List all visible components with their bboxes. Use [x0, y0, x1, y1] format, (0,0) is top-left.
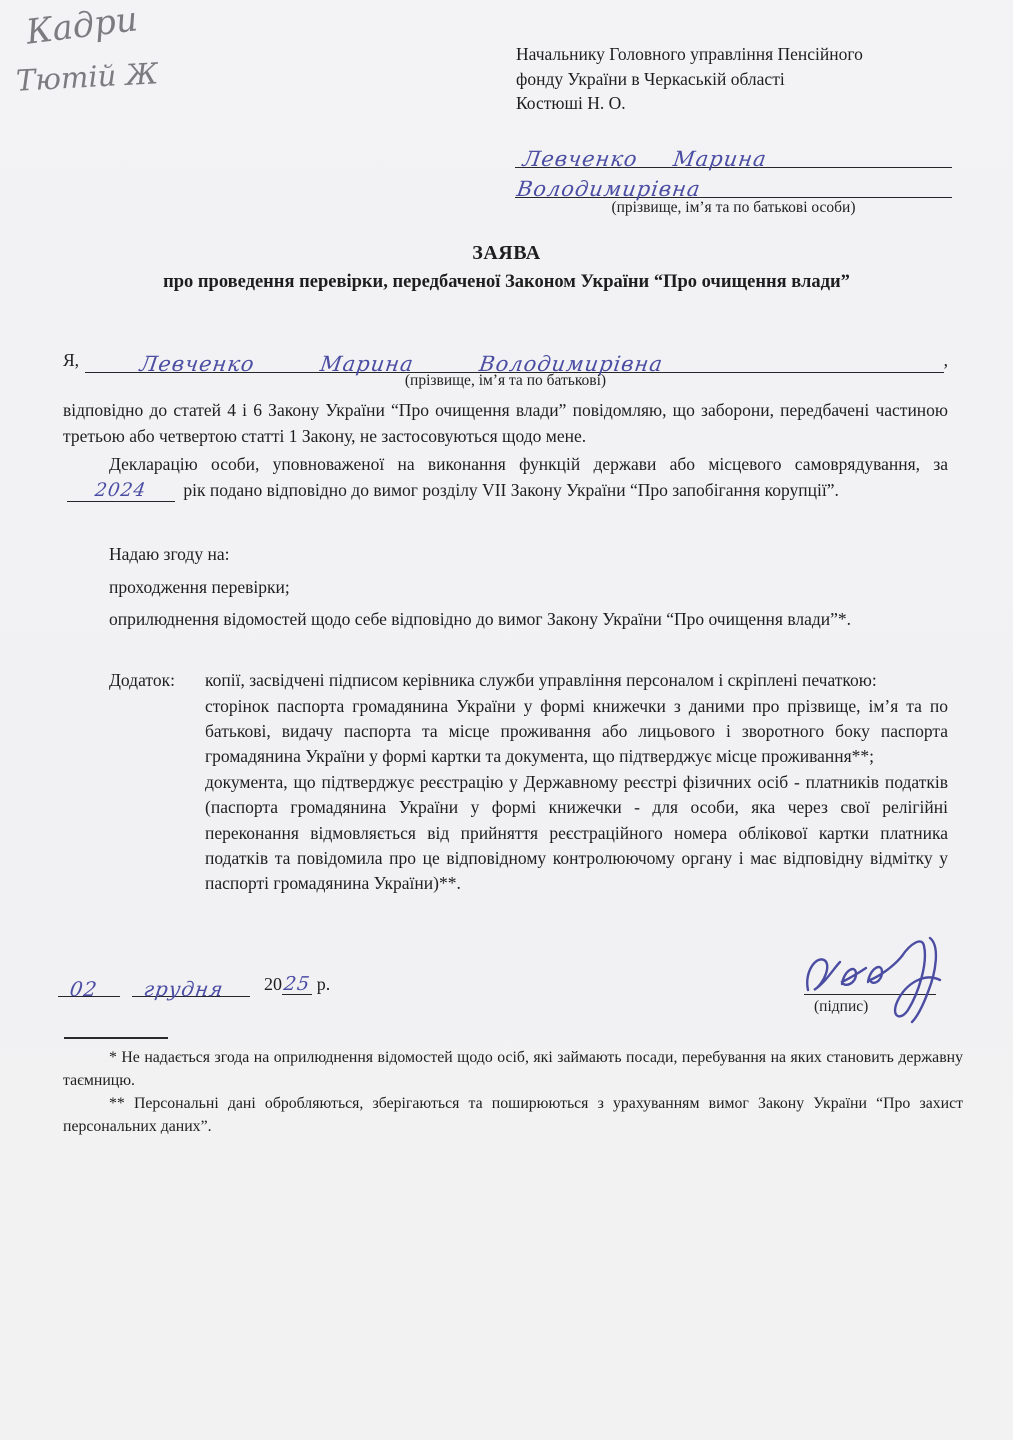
footnote-personal-data: ** Персональні дані обробляються, зберіг… [63, 1092, 963, 1138]
addressee-line-2: фонду України в Черкаській області [516, 67, 966, 92]
date-year-suffix: р. [317, 974, 331, 994]
attachment-item-tax-registration: документа, що підтверджує реєстрацію у Д… [205, 770, 948, 895]
addressee-line-1: Начальнику Головного управління Пенсійно… [516, 42, 966, 67]
applicant-name-caption: (прізвище, ім’я та по батькові особи) [515, 199, 952, 217]
paragraph-declaration-after: рік подано відповідно до вимог розділу V… [183, 480, 839, 500]
date-month-underline: грудня [132, 966, 250, 997]
date-year-prefix: 20 [264, 974, 282, 994]
declaration-year-underline: 2024 [67, 480, 175, 502]
addressee-block: Начальнику Головного управління Пенсійно… [516, 42, 966, 116]
footnote-state-secret: * Не надається згода на оприлюднення від… [63, 1046, 963, 1092]
signature-caption: (підпис) [814, 998, 868, 1016]
date-year-group: 2025 р. [264, 973, 330, 997]
declarant-line: Я, Левченко Марина Володимирівна , [63, 342, 948, 373]
document-title: ЗАЯВА [0, 242, 1013, 265]
declarant-trailing-comma: , [944, 350, 948, 373]
pencil-note-surname: Тютій Ж [15, 56, 159, 97]
addressee-line-3: Костюші Н. О. [516, 91, 966, 116]
attachment-intro: копії, засвідчені підписом керівника слу… [205, 668, 948, 693]
consent-item-verification: проходження перевірки; [63, 575, 948, 601]
declarant-name-caption: (прізвище, ім’я та по батькові) [63, 372, 948, 390]
date-year-underline: 25 [282, 974, 312, 995]
attachment-item-passport-pages: сторінок паспорта громадянина України у … [205, 694, 948, 769]
paragraph-declaration-before: Декларацію особи, уповноваженої на викон… [109, 454, 948, 474]
date-line: 02 грудня 2025 р. [58, 966, 330, 997]
applicant-name-underline-2: Володимирівна [515, 168, 952, 198]
document-subtitle: про проведення перевірки, передбаченої З… [0, 272, 1013, 293]
declarant-label: Я, [63, 350, 79, 373]
paragraph-declaration: Декларацію особи, уповноваженої на викон… [63, 452, 948, 503]
applicant-name-handwriting-2: Володимирівна [515, 177, 702, 201]
declaration-year-handwriting: 2024 [94, 481, 148, 501]
paragraph-lustration-statement: відповідно до статей 4 і 6 Закону Україн… [63, 398, 948, 449]
footnote-separator [64, 1037, 168, 1039]
attachment-block: Додаток: копії, засвідчені підписом кері… [63, 668, 948, 897]
consent-item-publication: оприлюднення відомостей щодо себе відпов… [63, 607, 948, 633]
date-day-underline: 02 [58, 966, 120, 997]
scanned-document-page: Кадри Тютій Ж Начальнику Головного управ… [0, 0, 1013, 1440]
date-year-handwriting: 25 [282, 973, 311, 995]
consent-intro: Надаю згоду на: [63, 542, 948, 568]
date-day-handwriting: 02 [68, 977, 99, 1001]
declarant-name-underline: Левченко Марина Володимирівна [85, 342, 944, 373]
applicant-name-block: Левченко Марина Володимирівна (прізвище,… [515, 138, 952, 217]
attachment-label: Додаток: [109, 668, 175, 694]
pencil-note-kadry: Кадри [24, 0, 140, 53]
applicant-name-underline-1: Левченко Марина [515, 138, 952, 168]
date-month-handwriting: грудня [142, 977, 225, 1001]
